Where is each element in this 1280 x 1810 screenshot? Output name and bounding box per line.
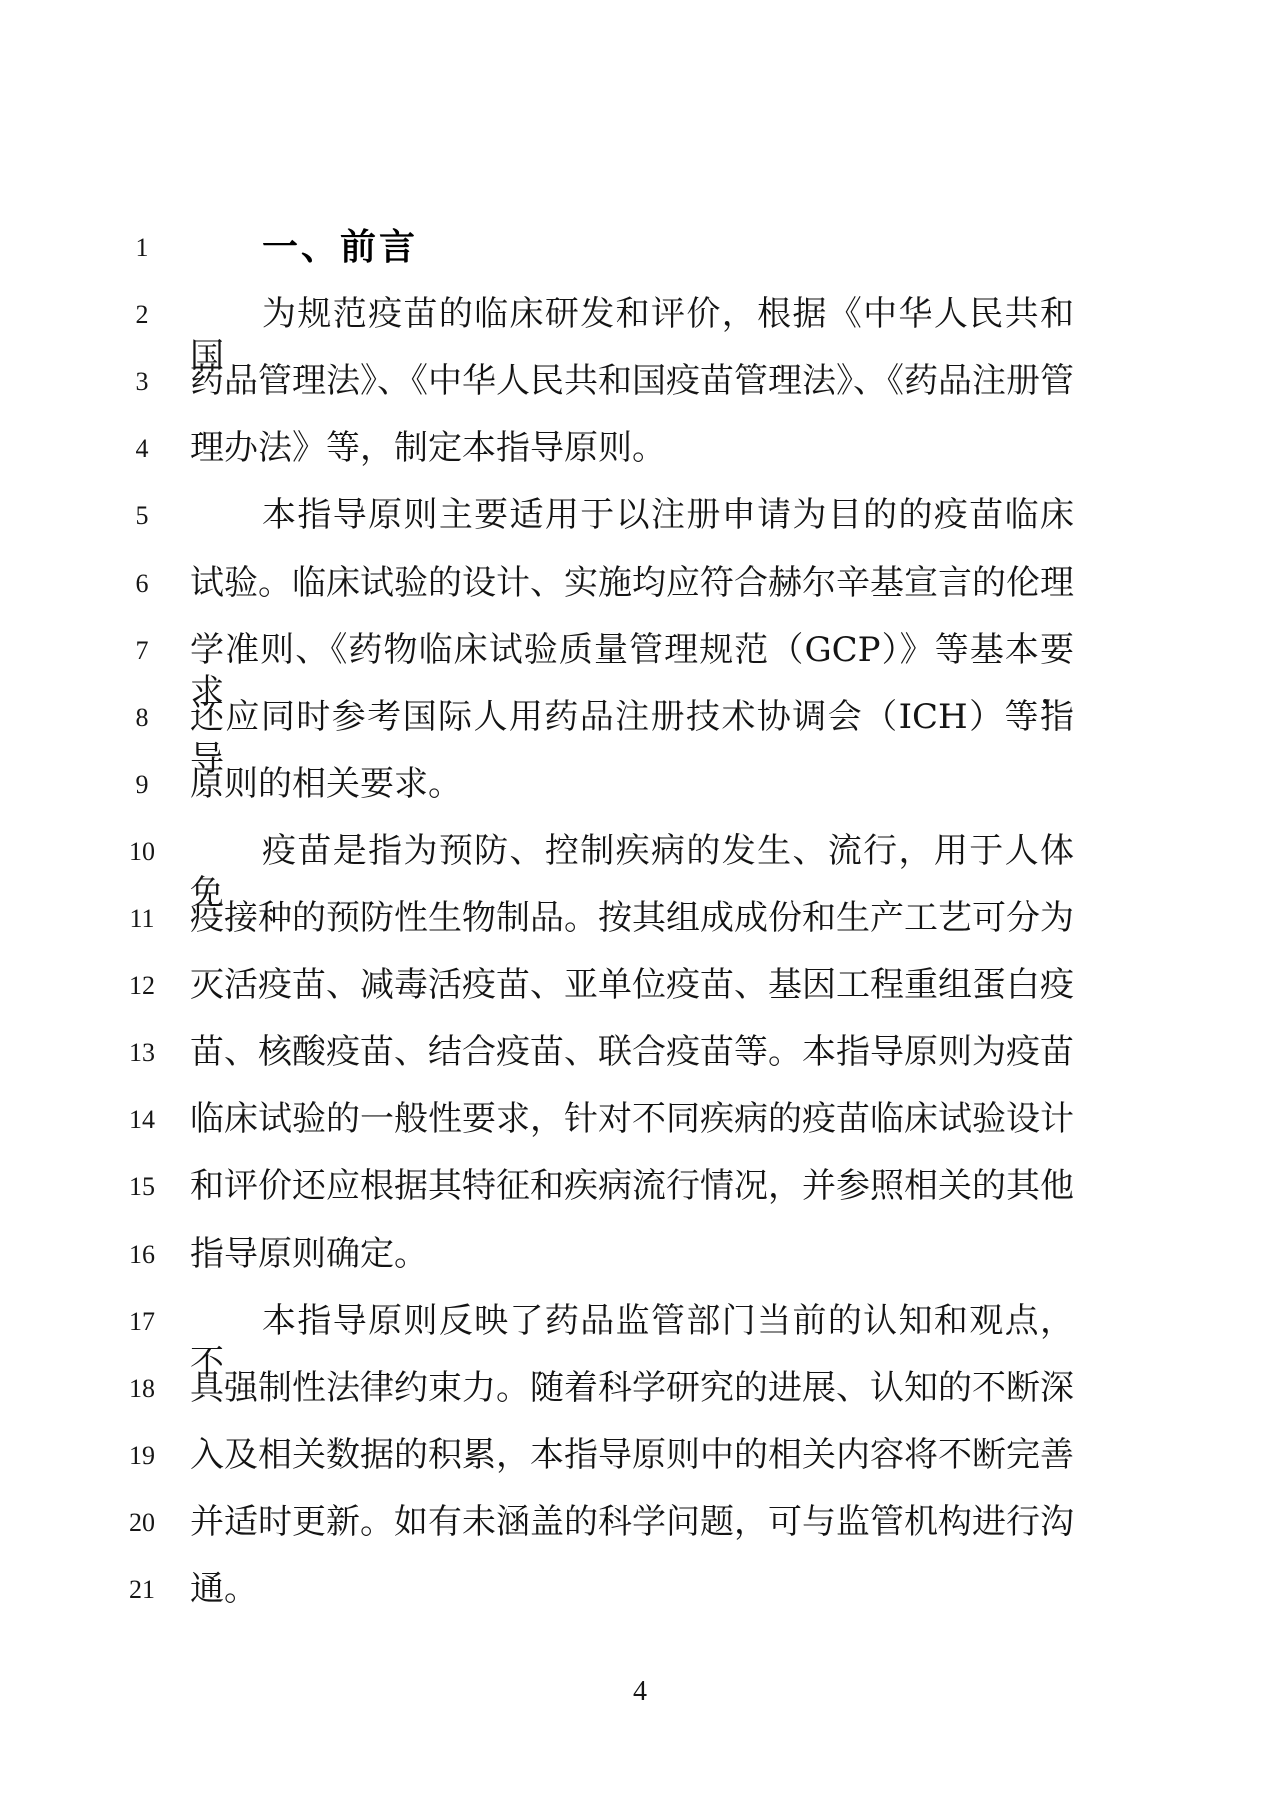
text-line: 21通。 bbox=[0, 1568, 1280, 1612]
text-line: 6试验。临床试验的设计、实施均应符合赫尔辛基宣言的伦理 bbox=[0, 562, 1280, 606]
line-text: 苗、核酸疫苗、结合疫苗、联合疫苗等。本指导原则为疫苗 bbox=[190, 1031, 1074, 1073]
line-number: 1 bbox=[124, 234, 160, 262]
line-number: 10 bbox=[124, 838, 160, 866]
line-text: 疫接种的预防性生物制品。按其组成成份和生产工艺可分为 bbox=[190, 897, 1074, 939]
line-number: 19 bbox=[124, 1442, 160, 1470]
text-line: 10疫苗是指为预防、控制疾病的发生、流行，用于人体免 bbox=[0, 830, 1280, 874]
text-line: 18具强制性法律约束力。随着科学研究的进展、认知的不断深 bbox=[0, 1367, 1280, 1411]
line-number: 3 bbox=[124, 368, 160, 396]
line-text: 并适时更新。如有未涵盖的科学问题，可与监管机构进行沟 bbox=[190, 1501, 1074, 1543]
text-line: 2为规范疫苗的临床研发和评价，根据《中华人民共和国 bbox=[0, 293, 1280, 337]
line-number: 5 bbox=[124, 502, 160, 530]
page-number: 4 bbox=[0, 1676, 1280, 1708]
text-line: 5本指导原则主要适用于以注册申请为目的的疫苗临床 bbox=[0, 494, 1280, 538]
line-text: 临床试验的一般性要求，针对不同疾病的疫苗临床试验设计 bbox=[190, 1098, 1074, 1140]
heading-text: 一、前言 bbox=[190, 226, 1074, 268]
line-number: 2 bbox=[124, 301, 160, 329]
line-number: 15 bbox=[124, 1173, 160, 1201]
text-line: 4理办法》等，制定本指导原则。 bbox=[0, 427, 1280, 471]
line-number: 8 bbox=[124, 704, 160, 732]
text-line: 13苗、核酸疫苗、结合疫苗、联合疫苗等。本指导原则为疫苗 bbox=[0, 1031, 1280, 1075]
text-line: 14临床试验的一般性要求，针对不同疾病的疫苗临床试验设计 bbox=[0, 1098, 1280, 1142]
text-line: 11疫接种的预防性生物制品。按其组成成份和生产工艺可分为 bbox=[0, 897, 1280, 941]
line-text: 入及相关数据的积累，本指导原则中的相关内容将不断完善 bbox=[190, 1434, 1074, 1476]
text-line: 7学准则、《药物临床试验质量管理规范（GCP）》等基本要求， bbox=[0, 629, 1280, 673]
line-number: 20 bbox=[124, 1509, 160, 1537]
line-number: 18 bbox=[124, 1375, 160, 1403]
text-line: 19入及相关数据的积累，本指导原则中的相关内容将不断完善 bbox=[0, 1434, 1280, 1478]
text-line: 8还应同时参考国际人用药品注册技术协调会（ICH）等指导 bbox=[0, 696, 1280, 740]
line-number: 9 bbox=[124, 771, 160, 799]
line-number: 12 bbox=[124, 972, 160, 1000]
line-text: 原则的相关要求。 bbox=[190, 763, 1074, 805]
line-number: 16 bbox=[124, 1241, 160, 1269]
line-number: 13 bbox=[124, 1039, 160, 1067]
line-number: 6 bbox=[124, 570, 160, 598]
line-number: 21 bbox=[124, 1576, 160, 1604]
line-number: 7 bbox=[124, 637, 160, 665]
line-text: 理办法》等，制定本指导原则。 bbox=[190, 427, 1074, 469]
text-line: 9原则的相关要求。 bbox=[0, 763, 1280, 807]
line-text: 和评价还应根据其特征和疾病流行情况，并参照相关的其他 bbox=[190, 1165, 1074, 1207]
line-text: 试验。临床试验的设计、实施均应符合赫尔辛基宣言的伦理 bbox=[190, 562, 1074, 604]
text-line: 12灭活疫苗、减毒活疫苗、亚单位疫苗、基因工程重组蛋白疫 bbox=[0, 964, 1280, 1008]
line-text: 本指导原则主要适用于以注册申请为目的的疫苗临床 bbox=[190, 494, 1074, 536]
text-line: 16指导原则确定。 bbox=[0, 1233, 1280, 1277]
text-line: 17本指导原则反映了药品监管部门当前的认知和观点，不 bbox=[0, 1300, 1280, 1344]
line-text: 药品管理法》、《中华人民共和国疫苗管理法》、《药品注册管 bbox=[190, 360, 1074, 402]
line-number: 14 bbox=[124, 1106, 160, 1134]
text-line: 20并适时更新。如有未涵盖的科学问题，可与监管机构进行沟 bbox=[0, 1501, 1280, 1545]
line-text: 灭活疫苗、减毒活疫苗、亚单位疫苗、基因工程重组蛋白疫 bbox=[190, 964, 1074, 1006]
text-line: 3药品管理法》、《中华人民共和国疫苗管理法》、《药品注册管 bbox=[0, 360, 1280, 404]
line-number: 11 bbox=[124, 905, 160, 933]
line-text: 指导原则确定。 bbox=[190, 1233, 1074, 1275]
line-number: 4 bbox=[124, 435, 160, 463]
line-number: 17 bbox=[124, 1308, 160, 1336]
text-line: 15和评价还应根据其特征和疾病流行情况，并参照相关的其他 bbox=[0, 1165, 1280, 1209]
section-heading-line: 1一、前言 bbox=[0, 226, 1280, 270]
line-text: 具强制性法律约束力。随着科学研究的进展、认知的不断深 bbox=[190, 1367, 1074, 1409]
document-page: 1一、前言2为规范疫苗的临床研发和评价，根据《中华人民共和国3药品管理法》、《中… bbox=[0, 0, 1280, 1810]
line-text: 通。 bbox=[190, 1568, 1074, 1610]
